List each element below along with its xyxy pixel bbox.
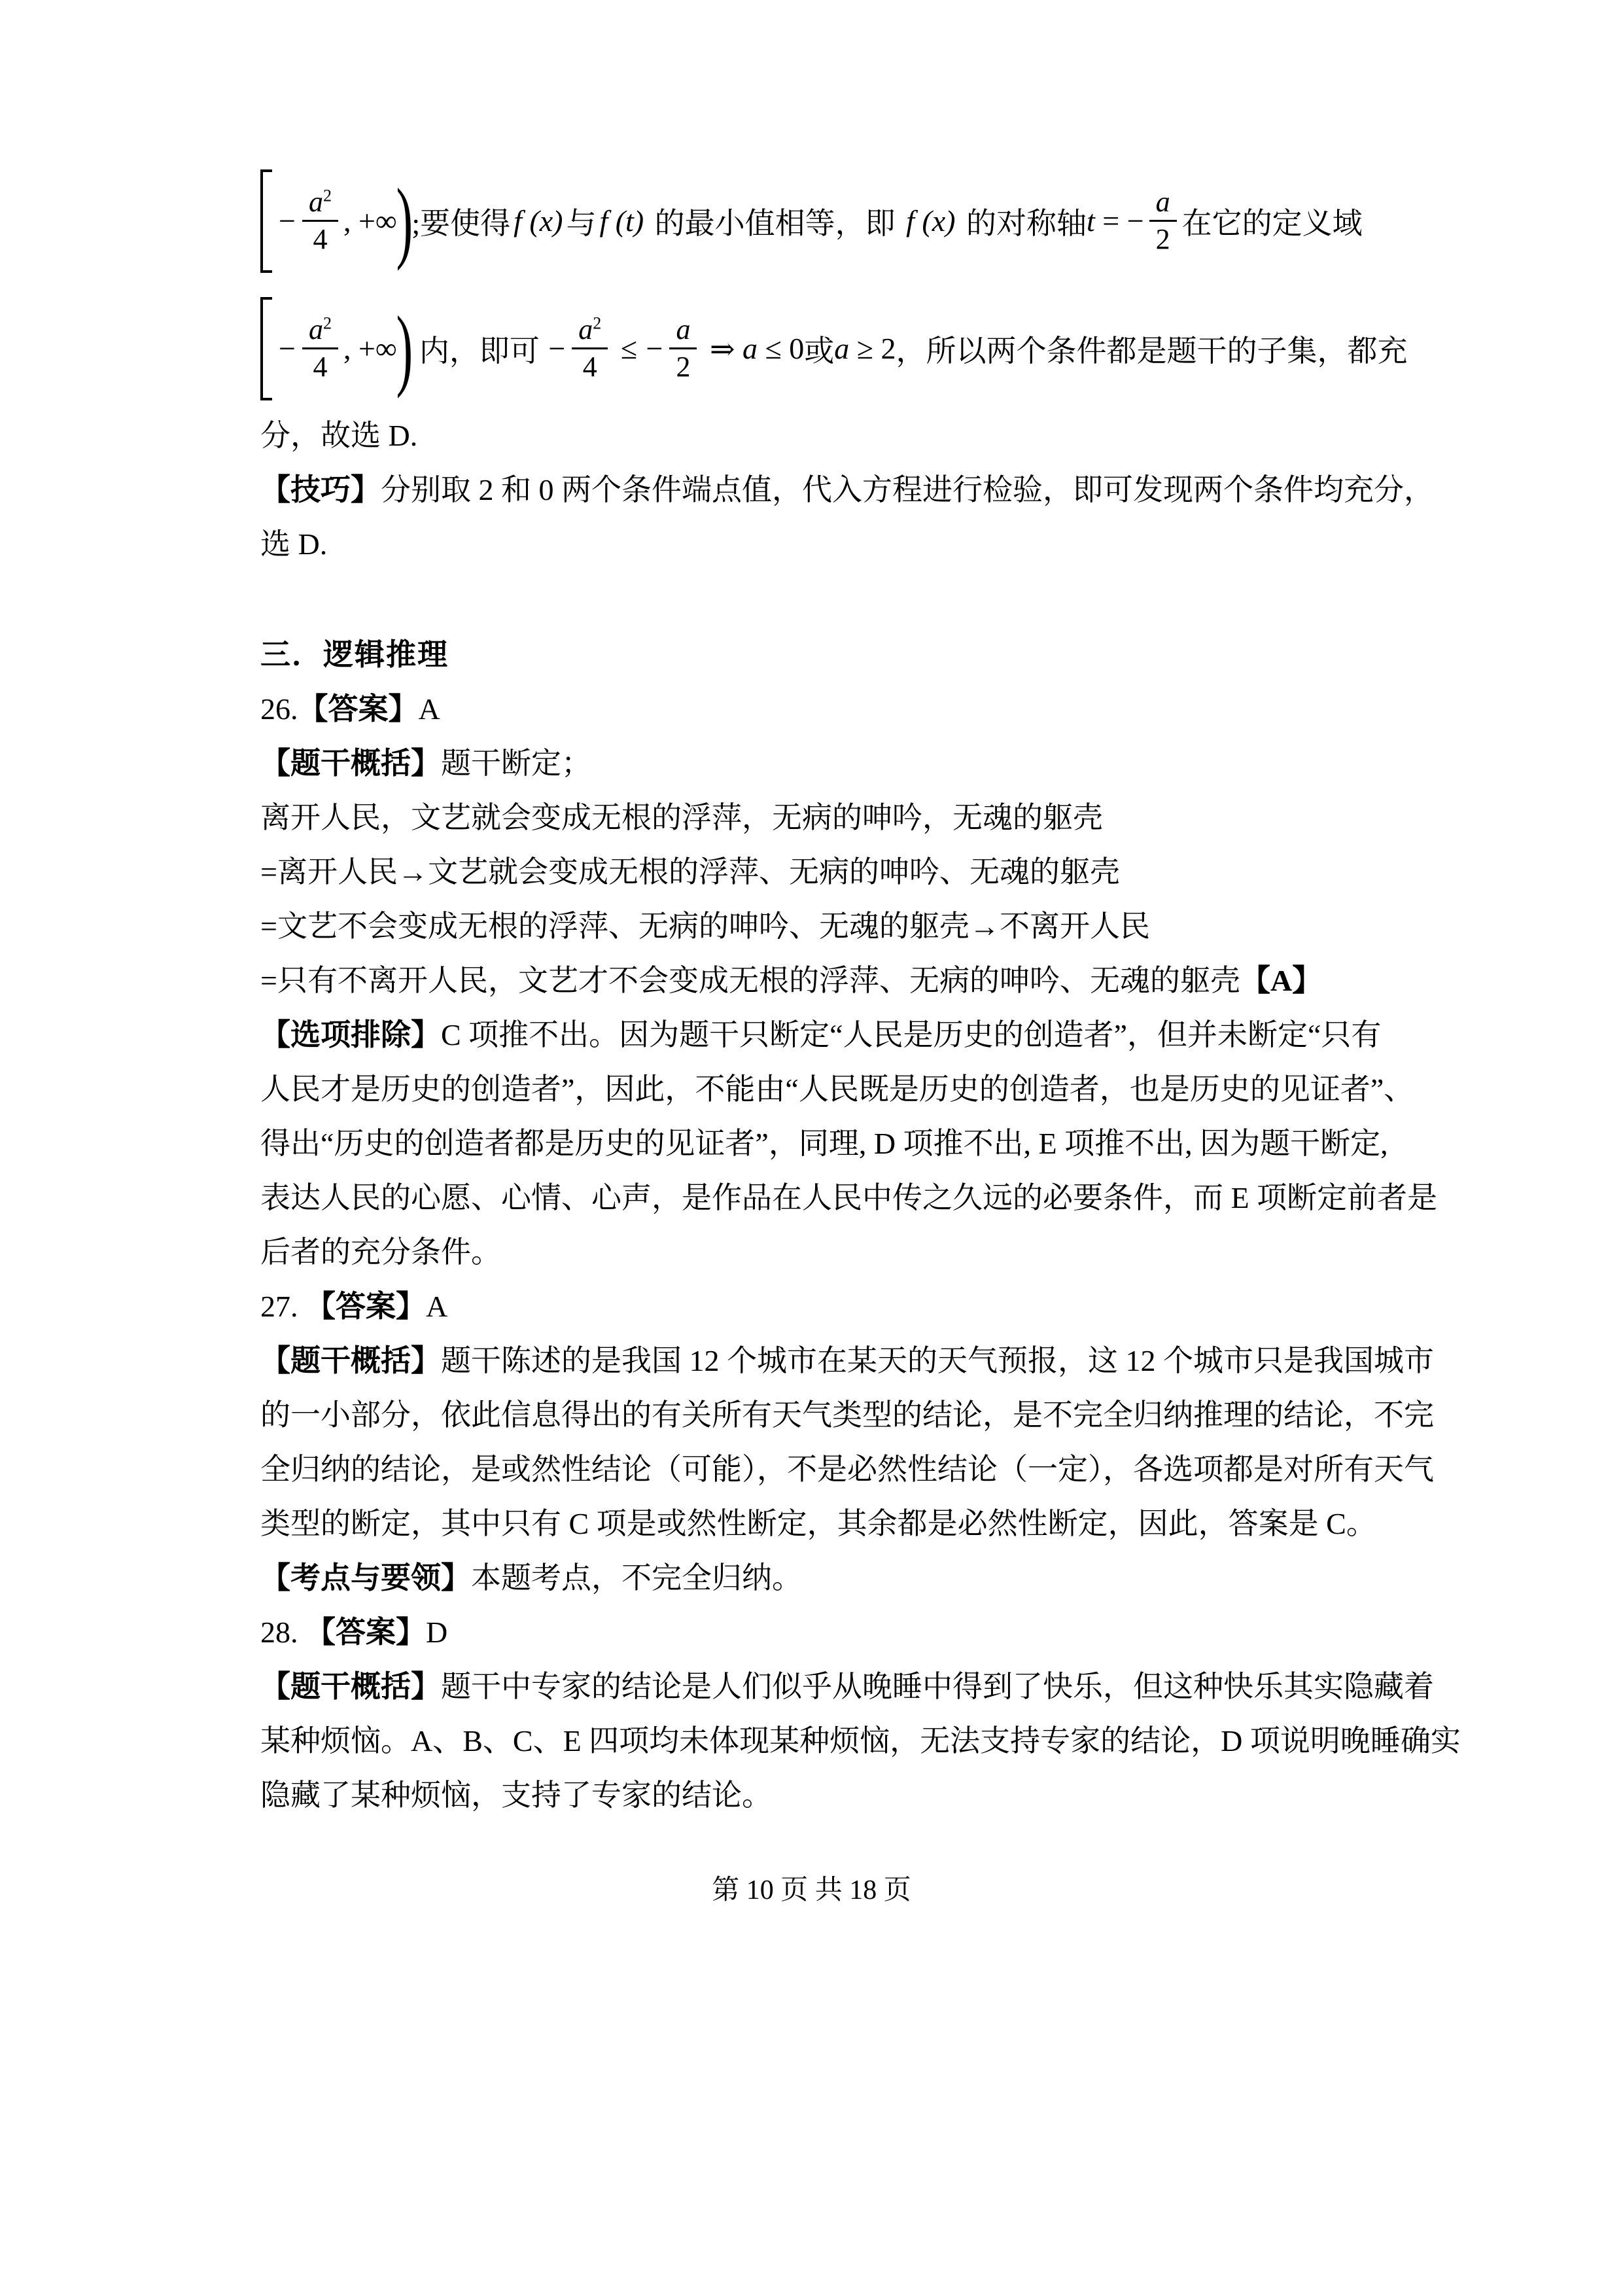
math-text: 或 [804,327,834,370]
bold-label: 【题干概括】 [260,1344,441,1377]
math-var-t: t [1087,203,1095,238]
fraction-a2-over-4: a2 4 [302,315,338,382]
text-segment: 26. [260,692,298,726]
math-text: ≥ 2 [849,331,896,366]
text-segment: 27. [260,1290,305,1323]
text-segment: 选 D. [260,527,327,561]
body-text-block: 分，故选 D.【技巧】分别取 2 和 0 两个条件端点值，代入方程进行检验，即可… [260,408,1372,1822]
formula-line-1: − a2 4 , +∞ ) ;要使得 f (x) 与 f (t) 的最小值相等，… [260,167,1372,275]
less-equal-sign: ≤ [613,331,644,366]
exponent-2: 2 [323,186,332,205]
math-var-a: a [834,331,849,366]
text-segment: 离开人民，文艺就会变成无根的浮萍，无病的呻吟，无魂的躯壳 [260,801,1103,834]
interval-tail: , +∞ [343,331,397,366]
document-page: − a2 4 , +∞ ) ;要使得 f (x) 与 f (t) 的最小值相等，… [0,0,1623,2296]
text-line: 28. 【答案】D [260,1605,1372,1659]
text-line: 人民才是历史的创造者”，因此，不能由“人民既是历史的创造者，也是历史的见证者”、 [260,1062,1372,1116]
text-segment: 隐藏了某种烦恼，支持了专家的结论。 [260,1778,772,1812]
text-segment: 题干断定； [441,747,591,780]
text-line: 【题干概括】题干中专家的结论是人们似乎从晚睡中得到了快乐，但这种快乐其实隐藏着 [260,1659,1372,1714]
text-line: 的一小部分，依此信息得出的有关所有天气类型的结论，是不完全归纳推理的结论，不完 [260,1388,1372,1442]
math-var-a: a [676,313,690,345]
math-var-a: a [1156,186,1170,218]
text-line: 离开人民，文艺就会变成无根的浮萍，无病的呻吟，无魂的躯壳 [260,790,1372,845]
math-var-a: a [309,186,323,218]
text-segment: C 项推不出。因为题干只断定“人民是历史的创造者”，但并未断定“只有 [441,1018,1381,1051]
interval-open-bracket [260,297,272,400]
text-line: 后者的充分条件。 [260,1225,1372,1279]
bold-label: 【答案】 [298,692,419,726]
text-segment: A [426,1290,447,1323]
text-line: 类型的断定，其中只有 C 项是或然性断定，其余都是必然性断定，因此，答案是 C。 [260,1496,1372,1551]
text-line: 分，故选 D. [260,408,1372,463]
fraction-a-over-2: a 2 [669,315,697,382]
text-line: 【选项排除】C 项推不出。因为题干只断定“人民是历史的创造者”，但并未断定“只有 [260,1008,1372,1062]
minus-sign: − [279,331,296,366]
math-text: = − [1095,203,1144,238]
math-fx: f (x) [510,203,566,238]
bold-label: 【答案】 [305,1290,426,1323]
fraction-a2-over-4: a2 4 [302,187,338,255]
math-text: ≤ 0 [758,331,804,366]
math-fx: f (x) [903,203,958,238]
exponent-2: 2 [593,313,601,332]
minus-sign: − [548,331,565,366]
minus-sign: − [279,203,296,238]
text-line: 【题干概括】题干陈述的是我国 12 个城市在某天的天气预报，这 12 个城市只是… [260,1333,1372,1388]
interval-tail: , +∞ [343,203,397,238]
text-segment: 题干中专家的结论是人们似乎从晚睡中得到了快乐，但这种快乐其实隐藏着 [441,1670,1434,1703]
interval-close-paren: ) [396,182,413,260]
text-segment: =只有不离开人民，文艺才不会变成无根的浮萍、无病的呻吟、无魂的躯壳 [260,964,1240,997]
text-segment: 后者的充分条件。 [260,1235,501,1269]
text-line: 【题干概括】题干断定； [260,736,1372,790]
interval-open-bracket [260,169,272,273]
interval-close-paren: ) [396,309,413,388]
math-text: 在它的定义域 [1182,200,1363,243]
math-text: 的对称轴 [959,200,1087,243]
text-line: 某种烦恼。A、B、C、E 四项均未体现某种烦恼，无法支持专家的结论，D 项说明晚… [260,1714,1372,1768]
bold-label: 【选项排除】 [260,1018,441,1051]
minus-sign: − [646,331,663,366]
text-segment: 分，故选 D. [260,419,417,452]
text-segment: 的一小部分，依此信息得出的有关所有天气类型的结论，是不完全归纳推理的结论，不完 [260,1398,1434,1432]
math-text: 与 [566,200,596,243]
text-line: 27. 【答案】A [260,1279,1372,1333]
text-segment: 本题考点，不完全归纳。 [471,1561,802,1595]
text-line: 26.【答案】A [260,682,1372,736]
bold-label: 三．逻辑推理 [260,638,449,671]
text-line: 【技巧】分别取 2 和 0 两个条件端点值，代入方程进行检验，即可发现两个条件均… [260,463,1372,517]
text-segment: D [426,1616,447,1649]
text-line: 选 D. [260,517,1372,571]
text-segment: =文艺不会变成无根的浮萍、无病的呻吟、无魂的躯壳→不离开人民 [260,910,1150,943]
fraction-a-over-2: a 2 [1149,187,1177,255]
text-line: 【考点与要领】本题考点，不完全归纳。 [260,1551,1372,1605]
text-line: =离开人民→文艺就会变成无根的浮萍、无病的呻吟、无魂的躯壳 [260,845,1372,899]
denominator-4: 4 [313,222,327,255]
exponent-2: 2 [323,313,332,332]
text-line: 得出“历史的创造者都是历史的见证者”，同理, D 项推不出, E 项推不出, 因… [260,1116,1372,1171]
text-line: =只有不离开人民，文艺才不会变成无根的浮萍、无病的呻吟、无魂的躯壳【A】 [260,953,1372,1008]
text-segment: 28. [260,1616,305,1649]
bold-label: 【技巧】 [260,473,381,506]
text-segment: 分别取 2 和 0 两个条件端点值，代入方程进行检验，即可发现两个条件均充分， [381,473,1434,506]
text-segment: 全归纳的结论，是或然性结论（可能），不是必然性结论（一定），各选项都是对所有天气 [260,1453,1434,1486]
denominator-4: 4 [583,349,597,382]
bold-label: 【考点与要领】 [260,1561,471,1595]
denominator-4: 4 [313,349,327,382]
math-text: 的最小值相等，即 [647,200,903,243]
math-text: ;要使得 [411,200,510,243]
text-segment: 某种烦恼。A、B、C、E 四项均未体现某种烦恼，无法支持专家的结论，D 项说明晚… [260,1724,1461,1757]
text-segment: 题干陈述的是我国 12 个城市在某天的天气预报，这 12 个城市只是我国城市 [441,1344,1434,1377]
math-text: 内，即可 [411,327,547,370]
bold-label: 【题干概括】 [260,747,441,780]
text-segment: 得出“历史的创造者都是历史的见证者”，同理, D 项推不出, E 项推不出, 因… [260,1127,1388,1160]
formula-line-2: − a2 4 , +∞ ) 内，即可 − a2 4 ≤ − a 2 ⇒ a ≤ … [260,294,1372,402]
text-line: =文艺不会变成无根的浮萍、无病的呻吟、无魂的躯壳→不离开人民 [260,899,1372,953]
text-segment: 类型的断定，其中只有 C 项是或然性断定，其余都是必然性断定，因此，答案是 C。 [260,1507,1376,1540]
text-line: 隐藏了某种烦恼，支持了专家的结论。 [260,1768,1372,1822]
text-segment: 表达人民的心愿、心情、心声，是作品在人民中传之久远的必要条件，而 E 项断定前者… [260,1181,1437,1214]
math-var-a: a [309,313,323,345]
implies-arrow: ⇒ [702,331,742,366]
fraction-a2-over-4: a2 4 [572,315,608,382]
bold-label: 【题干概括】 [260,1670,441,1703]
math-text: ，所以两个条件都是题干的子集，都充 [896,327,1408,370]
text-line: 表达人民的心愿、心情、心声，是作品在人民中传之久远的必要条件，而 E 项断定前者… [260,1171,1372,1225]
page-footer: 第 10 页 共 18 页 [0,1868,1623,1907]
page-content: − a2 4 , +∞ ) ;要使得 f (x) 与 f (t) 的最小值相等，… [260,167,1372,1822]
math-var-a: a [578,313,593,345]
denominator-2: 2 [676,349,690,382]
bold-label: 【A】 [1240,964,1322,997]
blank-gap [260,571,1372,627]
math-ft: f (t) [596,203,647,238]
text-segment: =离开人民→文艺就会变成无根的浮萍、无病的呻吟、无魂的躯壳 [260,855,1120,889]
text-line: 全归纳的结论，是或然性结论（可能），不是必然性结论（一定），各选项都是对所有天气 [260,1442,1372,1496]
text-segment: 人民才是历史的创造者”，因此，不能由“人民既是历史的创造者，也是历史的见证者”、 [260,1072,1414,1106]
bold-label: 【答案】 [305,1616,426,1649]
math-var-a: a [742,331,758,366]
section-heading: 三．逻辑推理 [260,627,1372,682]
denominator-2: 2 [1156,222,1170,255]
text-segment: A [419,692,440,726]
